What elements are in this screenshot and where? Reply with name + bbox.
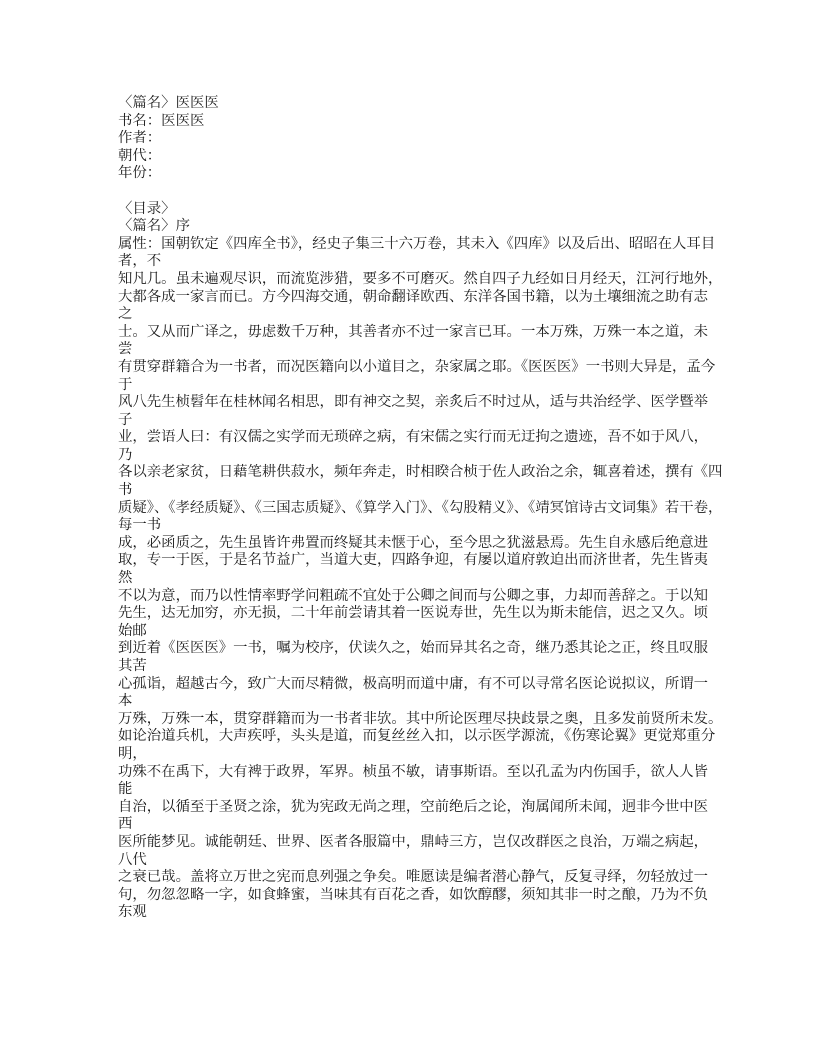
body-line: 乃 — [118, 447, 718, 465]
body-line: 于 — [118, 377, 718, 395]
body-line: 到近着《医医医》一书，嘱为校序，伏读久之，始而异其名之奇，继乃悉其论之正，终且叹… — [118, 640, 718, 658]
body-line: 功殊不在禹下，大有裨于政界，军界。桢虽不敏，请事斯语。至以孔孟为内伤国手，欲人人… — [118, 764, 718, 782]
body-line: 万殊，万殊一本，贯穿群籍而为一书者非欤。其中所论医理尽抉歧景之奥，且多发前贤所未… — [118, 711, 718, 729]
body-line: 大都各成一家言而已。方今四海交通，朝命翻译欧西、东洋各国书籍，以为土壤细流之助有… — [118, 289, 718, 307]
body-line: 知凡几。虽未遍观尽识，而流览涉猎，要多不可磨灭。然自四子九经如日月经天，江河行地… — [118, 271, 718, 289]
body-line: 八代 — [118, 852, 718, 870]
body-line: 有贯穿群籍合为一书者，而况医籍向以小道目之，杂家属之耶。《医医医》一书则大异是，… — [118, 359, 718, 377]
body-line: 本 — [118, 693, 718, 711]
body-line: 士。又从而广译之，毋虑数千万种，其善者亦不过一家言已耳。一本万殊，万殊一本之道，… — [118, 324, 718, 342]
body-line: 属性：国朝钦定《四库全书》，经史子集三十六万卷，其未入《四库》以及后出、昭昭在人… — [118, 236, 718, 254]
body-line: 始邮 — [118, 623, 718, 641]
body-line: 句，勿忽忽略一字，如食蜂蜜，当味其有百花之香，如饮醇醪，须知其非一时之酿，乃为不… — [118, 887, 718, 905]
body-line: 者，不 — [118, 253, 718, 271]
section-title: 〈篇名〉序 — [118, 218, 718, 236]
body-line: 风八先生桢髫年在桂林闻名相思，即有神交之契，亲炙后不时过从，适与共治经学、医学暨… — [118, 394, 718, 412]
toc-label: 〈目录〉 — [118, 201, 718, 219]
body-line: 业，尝语人曰：有汉儒之实学而无琐碎之病，有宋儒之实行而无迂拘之遗迹，吾不如于风八… — [118, 429, 718, 447]
blank-line — [118, 183, 718, 201]
body-line: 质疑》、《孝经质疑》、《三国志质疑》、《算学入门》、《勾股精义》、《靖冥馆诗古文… — [118, 500, 718, 518]
body-line: 取，专一于医，于是名节益广，当道大吏，四路争迎，有屡以道府敦迫出而济世者，先生皆… — [118, 552, 718, 570]
dynasty-field: 朝代： — [118, 148, 718, 166]
body-line: 每一书 — [118, 517, 718, 535]
body-line: 不以为意，而乃以性情率野学问粗疏不宜处于公卿之间而与公卿之事，力却而善辞之。于以… — [118, 588, 718, 606]
body-line: 先生，达无加穷，亦无损，二十年前尝请其着一医说寿世，先生以为斯未能信，迟之又久。… — [118, 605, 718, 623]
document-page: 〈篇名〉医医医 书名：医医医 作者： 朝代： 年份： 〈目录〉 〈篇名〉序 属性… — [118, 95, 718, 922]
body-line: 成，必函质之，先生虽皆许弗置而终疑其未惬于心，至今思之犹滋悬焉。先生自永感后绝意… — [118, 535, 718, 553]
body-line: 然 — [118, 570, 718, 588]
body-line: 其苦 — [118, 658, 718, 676]
body-line: 书 — [118, 482, 718, 500]
book-name: 书名：医医医 — [118, 113, 718, 131]
body-line: 东观 — [118, 904, 718, 922]
author-field: 作者： — [118, 130, 718, 148]
body-line: 各以亲老家贫，日藉笔耕供菽水，频年奔走，时相睽合桢于佐人政治之余，辄喜着述，撰有… — [118, 464, 718, 482]
body-line: 西 — [118, 816, 718, 834]
body-line: 自治，以循至于圣贤之涂，犹为宪政无尚之理，空前绝后之论，洵属闻所未闻，迥非今世中… — [118, 799, 718, 817]
body-line: 之衰已哉。盖将立万世之宪而息列强之争矣。唯愿读是编者潜心静气，反复寻绎，勿轻放过… — [118, 869, 718, 887]
body-line: 医所能梦见。诚能朝廷、世界、医者各服篇中，鼎峙三方，岂仅改群医之良治，万端之病起… — [118, 834, 718, 852]
body-line: 明， — [118, 746, 718, 764]
year-field: 年份： — [118, 165, 718, 183]
chapter-tag: 〈篇名〉医医医 — [118, 95, 718, 113]
body-line: 如论治道兵机，大声疾呼，头头是道，而复丝丝入扣，以示医学源流，《伤寒论翼》更觉郑… — [118, 728, 718, 746]
body-line: 心孤诣，超越古今，致广大而尽精微，极高明而道中庸，有不可以寻常名医论说拟议，所谓… — [118, 676, 718, 694]
preface-body: 属性：国朝钦定《四库全书》，经史子集三十六万卷，其未入《四库》以及后出、昭昭在人… — [118, 236, 718, 922]
body-line: 之 — [118, 306, 718, 324]
body-line: 子 — [118, 412, 718, 430]
body-line: 能 — [118, 781, 718, 799]
body-line: 尝 — [118, 341, 718, 359]
